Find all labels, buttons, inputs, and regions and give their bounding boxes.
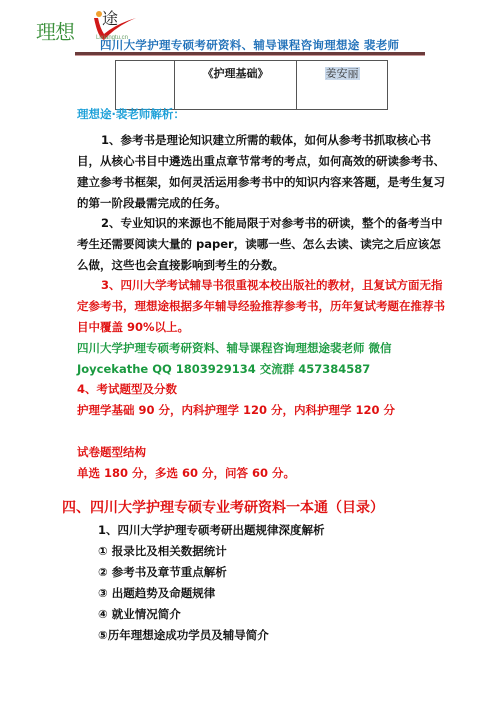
- exam-scores: 护理学基础 90 分，内科护理学 120 分，内科护理学 120 分: [77, 400, 447, 421]
- table-cell-book: 《护理基础》: [175, 61, 297, 110]
- toc-item: ③ 出题趋势及命题规律: [98, 583, 215, 604]
- section-4-heading: 四、四川大学护理专硕专业考研资料一本通（目录）: [62, 497, 384, 517]
- exam-heading: 4、考试题型及分数: [77, 379, 447, 400]
- toc-item: ① 报录比及相关数据统计: [98, 541, 227, 562]
- selected-text[interactable]: 姜安丽: [325, 67, 360, 80]
- logo-glyph: 途: [102, 6, 118, 29]
- toc-item: ⑤历年理想途成功学员及辅导简介: [98, 625, 269, 646]
- paragraph-2: 2、专业知识的来源也不能局限于对参考书的研读，整个的备考当中考生还需要阅读大量的…: [77, 213, 447, 276]
- table-cell-author: 姜安丽: [297, 61, 388, 110]
- structure-heading: 试卷题型结构: [77, 442, 447, 463]
- contact-info: 四川大学护理专硕考研资料、辅导课程咨询理想途裴老师 微信 Joycekathe …: [77, 338, 447, 380]
- toc-item: ② 参考书及章节重点解析: [98, 562, 227, 583]
- toc-item: 1、四川大学护理专硕考研出题规律深度解析: [98, 520, 325, 541]
- analysis-heading: 理想途·裴老师解析：: [77, 104, 447, 125]
- paragraph-1: 1、参考书是理论知识建立所需的载体，如何从参考书抓取核心书目，从核心书目中遴选出…: [77, 130, 447, 214]
- header-title: 四川大学护理专硕考研资料、辅导课程咨询理想途 裴老师: [100, 37, 399, 53]
- table-row: 《护理基础》 姜安丽: [116, 61, 388, 110]
- toc-item: ④ 就业情况简介: [98, 604, 181, 625]
- header-divider: [75, 52, 425, 56]
- structure-detail: 单选 180 分，多选 60 分，问答 60 分。: [77, 463, 447, 484]
- paragraph-3: 3、四川大学考试辅导书很重视本校出版社的教材，且复试方面无指定参考书，理想途根据…: [77, 275, 447, 338]
- logo-text: 理想: [36, 16, 74, 45]
- reference-table: 《护理基础》 姜安丽: [115, 60, 388, 110]
- table-cell: [116, 61, 175, 110]
